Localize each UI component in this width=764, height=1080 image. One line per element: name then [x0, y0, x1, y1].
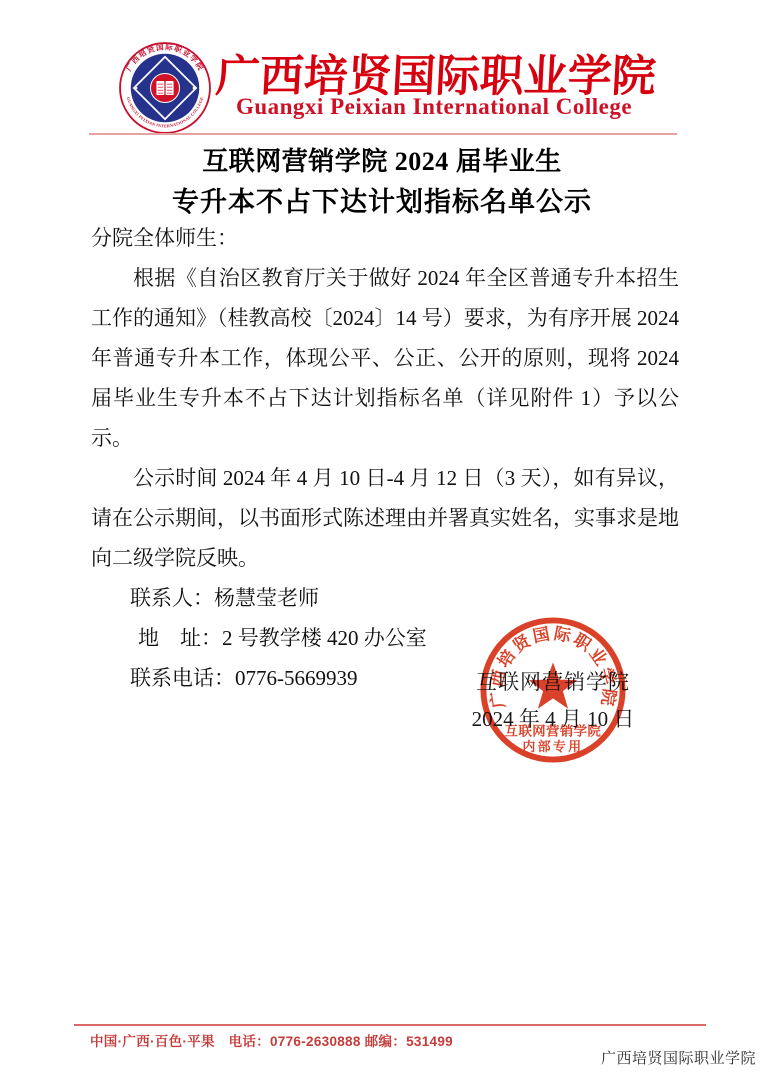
- footer-address: 中国·广西·百色·平果 电话：0776-2630888 邮编：531499: [90, 1030, 453, 1050]
- document-page: 广西培贤国际职业学院 GUANGXI PEIXIAN INTERNATIONAL…: [0, 0, 764, 1080]
- official-seal: 广西培贤国际职业学院 互联网营销学院 内部专用: [478, 615, 628, 765]
- college-logo: 广西培贤国际职业学院 GUANGXI PEIXIAN INTERNATIONAL…: [118, 41, 212, 135]
- seal-line2: 内部专用: [522, 739, 583, 754]
- college-name-en: Guangxi Peixian International College: [210, 94, 658, 120]
- footer-rule: [74, 1024, 706, 1026]
- open-book-icon: [156, 81, 173, 95]
- seal-line1: 互联网营销学院: [505, 722, 602, 738]
- header-rule: [89, 133, 677, 135]
- star-icon: [529, 662, 578, 708]
- doc-title-line1: 互联网营销学院 2024 届毕业生: [0, 141, 764, 178]
- paragraph-1: 根据《自治区教育厅关于做好 2024 年全区普通专升本招生工作的通知》（桂教高校…: [91, 258, 679, 458]
- doc-title-line2: 专升本不占下达计划指标名单公示: [0, 180, 764, 219]
- footer-college-name: 广西培贤国际职业学院: [601, 1047, 756, 1068]
- contact-person: 联系人：杨慧莹老师: [91, 578, 679, 618]
- paragraph-2: 公示时间 2024 年 4 月 10 日-4 月 12 日（3 天），如有异议，…: [91, 458, 679, 578]
- salutation: 分院全体师生：: [91, 218, 679, 258]
